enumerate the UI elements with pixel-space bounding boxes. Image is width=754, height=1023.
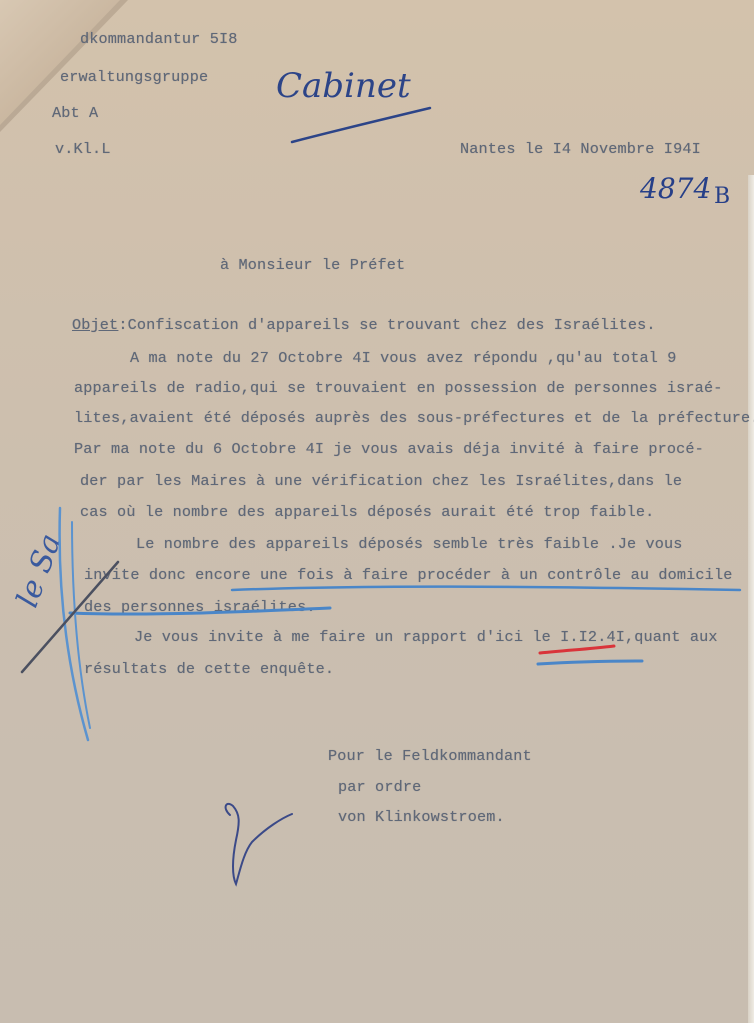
- recipient: à Monsieur le Préfet: [220, 256, 405, 274]
- signature-line-2: par ordre: [338, 778, 421, 796]
- subject-text: :Confiscation d'appareils se trouvant ch…: [118, 316, 655, 334]
- body-line-1: A ma note du 27 Octobre 4I vous avez rép…: [130, 349, 677, 367]
- blue-underline-1: [232, 587, 740, 590]
- body-line-7: Le nombre des appareils déposés semble t…: [136, 535, 683, 553]
- signature-line-1: Pour le Feldkommandant: [328, 747, 532, 765]
- body-line-11: résultats de cette enquête.: [84, 660, 334, 678]
- header-verwaltungsgruppe: erwaltungsgruppe: [60, 68, 208, 86]
- body-line-2: appareils de radio,qui se trouvaient en …: [74, 379, 722, 397]
- body-line-9: des personnes israélites.: [84, 598, 316, 616]
- body-line-8: invite donc encore une fois à faire proc…: [84, 566, 732, 584]
- header-abteilung: Abt A: [52, 104, 98, 122]
- body-line-4: Par ma note du 6 Octobre 4I je vous avai…: [74, 440, 704, 458]
- signature-line-3: von Klinkowstroem.: [338, 808, 505, 826]
- header-reference: v.Kl.L: [55, 140, 111, 158]
- cabinet-underline: [292, 108, 430, 142]
- margin-note: le Sa: [10, 529, 69, 612]
- initial-signature: [226, 804, 292, 884]
- subject-label: Objet: [72, 316, 118, 334]
- place-date: Nantes le I4 Novembre I94I: [460, 140, 701, 158]
- handwritten-reference-letter: B: [714, 184, 730, 209]
- margin-line-2: [72, 522, 90, 728]
- document-page: dkommandantur 5I8 erwaltungsgruppe Abt A…: [0, 0, 754, 1023]
- body-line-10: Je vous invite à me faire un rapport d'i…: [134, 628, 718, 646]
- handwritten-cabinet: Cabinet: [276, 66, 411, 106]
- handwritten-reference-number: 4874: [640, 172, 711, 205]
- subject-line: Objet:Confiscation d'appareils se trouva…: [72, 316, 656, 334]
- body-line-6: cas où le nombre des appareils déposés a…: [80, 503, 654, 521]
- body-line-5: der par les Maires à une vérification ch…: [80, 472, 682, 490]
- page-edge: [748, 175, 754, 1023]
- red-underline: [540, 646, 614, 653]
- header-feldkommandantur: dkommandantur 5I8: [80, 30, 238, 48]
- blue-underline-date: [538, 661, 642, 664]
- body-line-3: lites,avaient été déposés auprès des sou…: [74, 409, 754, 427]
